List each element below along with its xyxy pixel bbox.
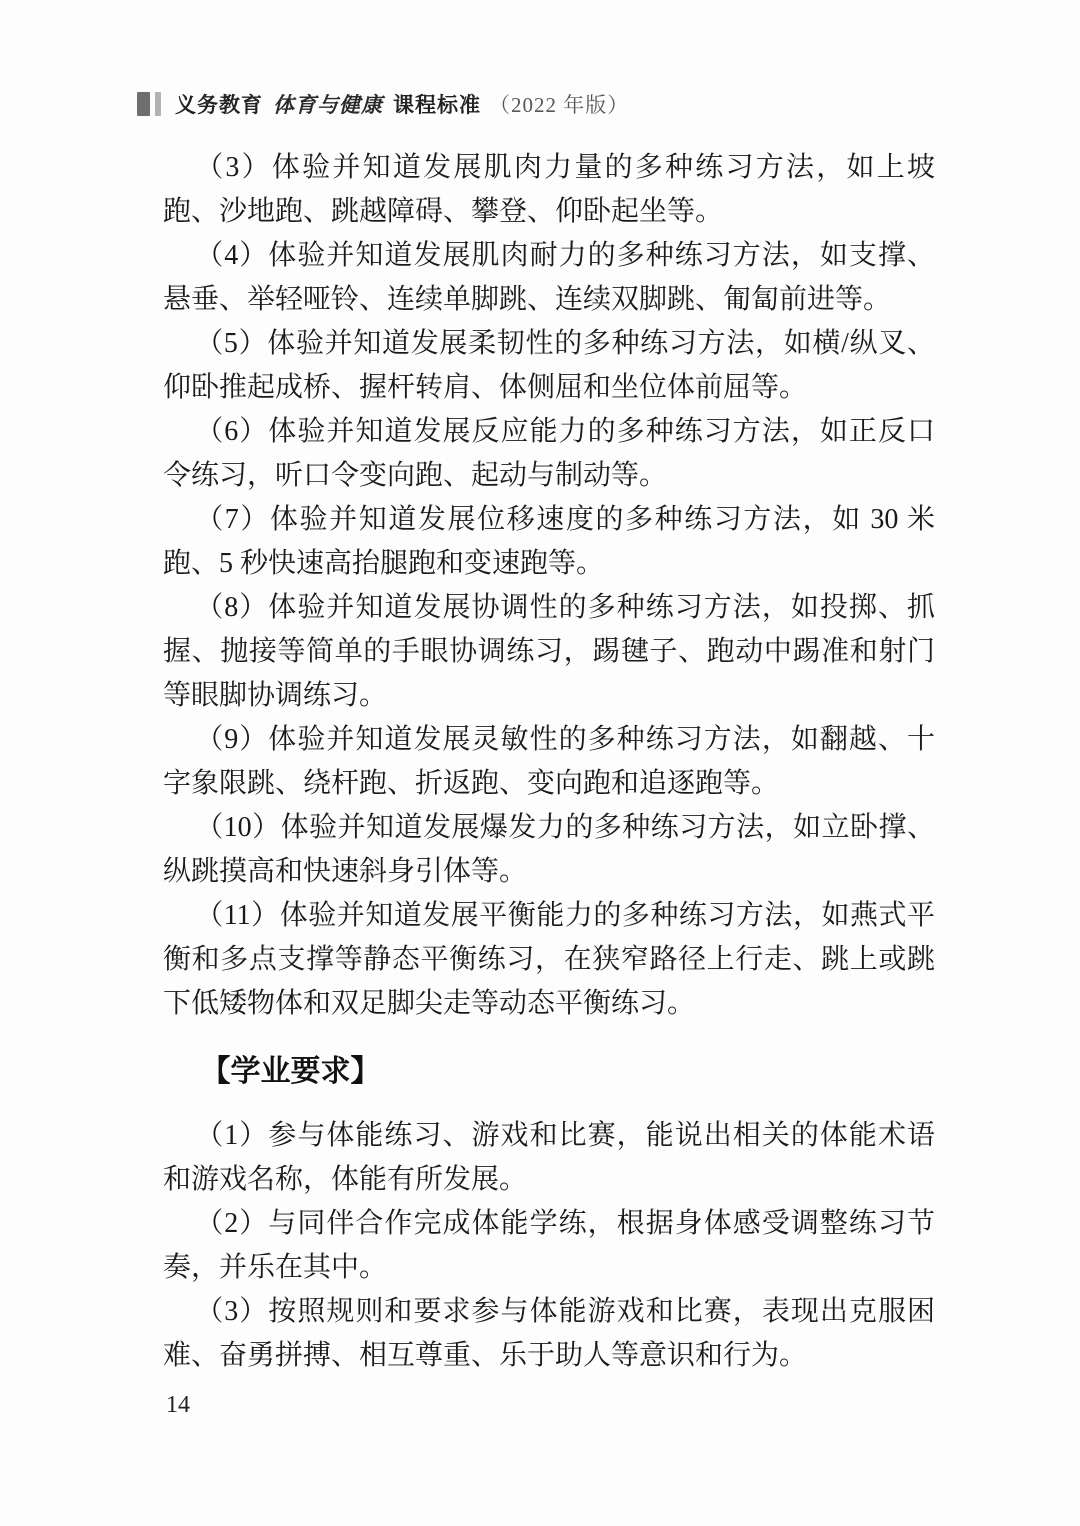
- paragraph-item-10: （10）体验并知道发展爆发力的多种练习方法，如立卧撑、纵跳摸高和快速斜身引体等。: [163, 806, 935, 894]
- running-header: 义务教育 体育与健康 课程标准 （2022 年版）: [137, 89, 629, 119]
- requirement-item-1: （1）参与体能练习、游戏和比赛，能说出相关的体能术语和游戏名称，体能有所发展。: [163, 1114, 935, 1202]
- section-heading-academic-requirements: 【学业要求】: [163, 1054, 935, 1090]
- paragraph-item-3: （3）体验并知道发展肌肉力量的多种练习方法，如上坡跑、沙地跑、跳越障碍、攀登、仰…: [163, 146, 935, 234]
- paragraph-item-5: （5）体验并知道发展柔韧性的多种练习方法，如横/纵叉、仰卧推起成桥、握杆转肩、体…: [163, 322, 935, 410]
- document-page: 义务教育 体育与健康 课程标准 （2022 年版） （3）体验并知道发展肌肉力量…: [0, 0, 1080, 1526]
- page-number: 14: [166, 1392, 190, 1418]
- header-series-title: 义务教育: [175, 89, 263, 119]
- header-doc-type: 课程标准: [393, 89, 481, 119]
- paragraph-item-8: （8）体验并知道发展协调性的多种练习方法，如投掷、抓握、抛接等简单的手眼协调练习…: [163, 586, 935, 718]
- paragraph-item-11: （11）体验并知道发展平衡能力的多种练习方法，如燕式平衡和多点支撑等静态平衡练习…: [163, 894, 935, 1026]
- paragraph-item-4: （4）体验并知道发展肌肉耐力的多种练习方法，如支撑、悬垂、举轻哑铃、连续单脚跳、…: [163, 234, 935, 322]
- requirement-item-2: （2）与同伴合作完成体能学练，根据身体感受调整练习节奏，并乐在其中。: [163, 1202, 935, 1290]
- header-bar-dark-icon: [137, 92, 150, 116]
- header-bar-light-icon: [155, 92, 161, 116]
- header-subject-title: 体育与健康: [273, 89, 383, 119]
- requirement-item-3: （3）按照规则和要求参与体能游戏和比赛，表现出克服困难、奋勇拼搏、相互尊重、乐于…: [163, 1290, 935, 1378]
- header-edition: （2022 年版）: [489, 89, 629, 119]
- document-body: （3）体验并知道发展肌肉力量的多种练习方法，如上坡跑、沙地跑、跳越障碍、攀登、仰…: [163, 146, 935, 1378]
- page-footer: 14: [166, 1392, 190, 1419]
- paragraph-item-6: （6）体验并知道发展反应能力的多种练习方法，如正反口令练习，听口令变向跑、起动与…: [163, 410, 935, 498]
- paragraph-item-7: （7）体验并知道发展位移速度的多种练习方法，如 30 米跑、5 秒快速高抬腿跑和…: [163, 498, 935, 586]
- paragraph-item-9: （9）体验并知道发展灵敏性的多种练习方法，如翻越、十字象限跳、绕杆跑、折返跑、变…: [163, 718, 935, 806]
